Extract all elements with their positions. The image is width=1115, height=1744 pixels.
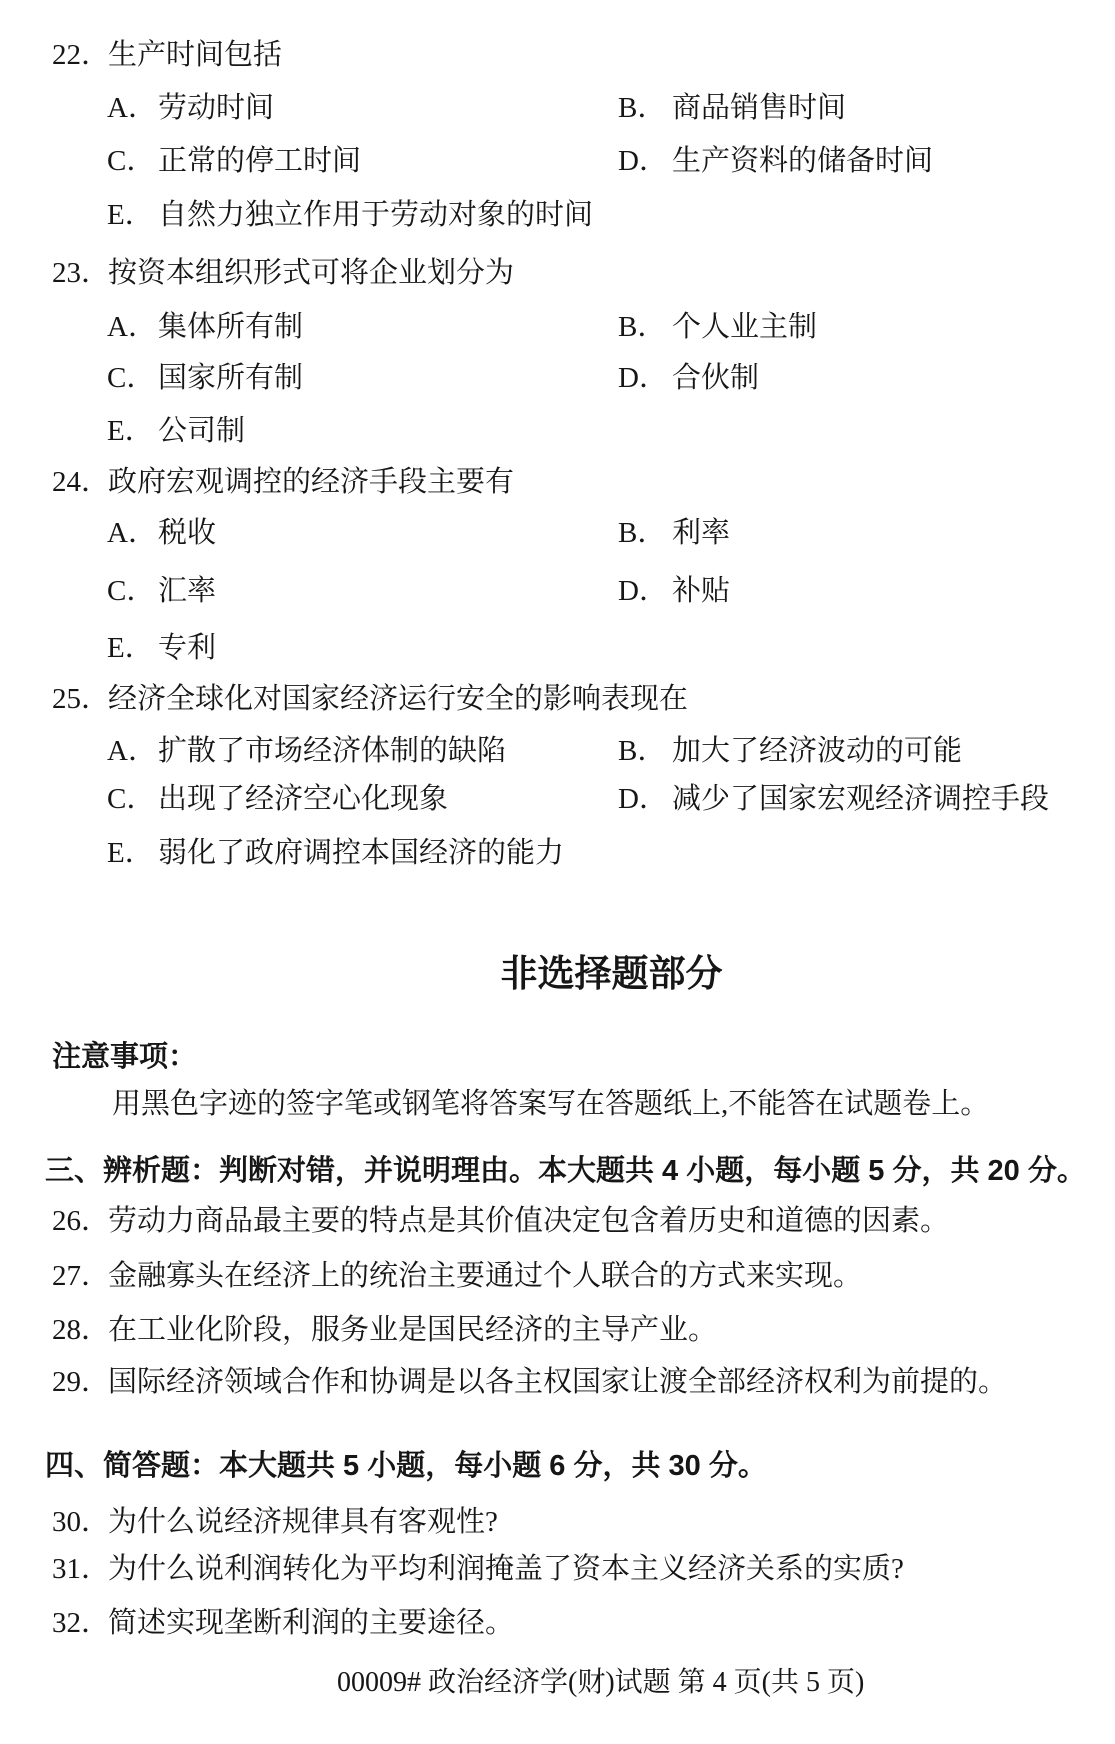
option-text: 正常的停工时间 (158, 143, 361, 179)
option-text: 自然力独立作用于劳动对象的时间 (158, 197, 593, 233)
option-row: C． 出现了经济空心化现象 D． 减少了国家宏观经济调控手段 (0, 781, 1115, 819)
statement-number: 30． (52, 1504, 110, 1540)
section-heading: 三、辨析题：判断对错，并说明理由。本大题共 4 小题，每小题 5 分，共 20 … (45, 1153, 1086, 1189)
option-text: 国家所有制 (158, 360, 303, 396)
question-line: 24． 政府宏观调控的经济手段主要有 (0, 464, 1115, 502)
option-letter: D． (618, 143, 668, 179)
option-letter: E． (107, 835, 154, 871)
page-footer: 00009# 政治经济学(财)试题 第 4 页(共 5 页) (337, 1665, 864, 1701)
statement-text: 金融寡头在经济上的统治主要通过个人联合的方式来实现。 (108, 1258, 862, 1294)
option-letter: E． (107, 630, 154, 666)
question-stem: 政府宏观调控的经济手段主要有 (108, 464, 514, 500)
option-text: 扩散了市场经济体制的缺陷 (158, 733, 506, 769)
option-text: 公司制 (158, 413, 245, 449)
option-row: C． 国家所有制 D． 合伙制 (0, 360, 1115, 398)
option-letter: D． (618, 573, 668, 609)
option-row: E． 公司制 (0, 413, 1115, 451)
question-number: 25． (52, 681, 110, 717)
option-text: 加大了经济波动的可能 (672, 733, 962, 769)
statement-number: 26． (52, 1203, 110, 1239)
option-text: 劳动时间 (158, 90, 274, 126)
option-letter: E． (107, 413, 154, 449)
question-stem: 经济全球化对国家经济运行安全的影响表现在 (108, 681, 688, 717)
statement-number: 27． (52, 1258, 110, 1294)
option-row: A． 税收 B． 利率 (0, 515, 1115, 553)
option-row: E． 专利 (0, 630, 1115, 668)
statement-line: 26． 劳动力商品最主要的特点是其价值决定包含着历史和道德的因素。 (0, 1203, 1115, 1241)
option-row: C． 正常的停工时间 D． 生产资料的储备时间 (0, 143, 1115, 181)
option-letter: D． (618, 781, 668, 817)
option-letter: B． (618, 90, 666, 126)
question-number: 24． (52, 464, 110, 500)
option-text: 出现了经济空心化现象 (158, 781, 448, 817)
statement-text: 简述实现垄断利润的主要途径。 (108, 1605, 514, 1641)
statement-number: 29． (52, 1364, 110, 1400)
option-letter: D． (618, 360, 668, 396)
option-letter: C． (107, 360, 155, 396)
option-row: A． 扩散了市场经济体制的缺陷 B． 加大了经济波动的可能 (0, 733, 1115, 771)
statement-number: 32． (52, 1605, 110, 1641)
option-letter: C． (107, 573, 155, 609)
option-letter: B． (618, 733, 666, 769)
option-text: 商品销售时间 (672, 90, 846, 126)
option-letter: B． (618, 309, 666, 345)
option-letter: B． (618, 515, 666, 551)
section-heading: 四、简答题：本大题共 5 小题，每小题 6 分，共 30 分。 (45, 1448, 767, 1484)
option-letter: E． (107, 197, 154, 233)
option-text: 弱化了政府调控本国经济的能力 (158, 835, 564, 871)
option-letter: A． (107, 309, 157, 345)
statement-line: 28． 在工业化阶段，服务业是国民经济的主导产业。 (0, 1312, 1115, 1350)
option-row: A． 集体所有制 B． 个人业主制 (0, 309, 1115, 347)
question-line: 23． 按资本组织形式可将企业划分为 (0, 255, 1115, 293)
question-number: 22． (52, 37, 110, 73)
option-text: 集体所有制 (158, 309, 303, 345)
statement-line: 31． 为什么说利润转化为平均利润掩盖了资本主义经济关系的实质? (0, 1551, 1115, 1589)
option-text: 合伙制 (672, 360, 759, 396)
option-row: E． 弱化了政府调控本国经济的能力 (0, 835, 1115, 873)
statement-line: 32． 简述实现垄断利润的主要途径。 (0, 1605, 1115, 1643)
statement-text: 为什么说利润转化为平均利润掩盖了资本主义经济关系的实质? (108, 1551, 904, 1587)
statement-line: 29． 国际经济领域合作和协调是以各主权国家让渡全部经济权利为前提的。 (0, 1364, 1115, 1402)
option-text: 税收 (158, 515, 216, 551)
question-stem: 按资本组织形式可将企业划分为 (108, 255, 514, 291)
option-row: C． 汇率 D． 补贴 (0, 573, 1115, 611)
statement-number: 31． (52, 1551, 110, 1587)
option-text: 生产资料的储备时间 (672, 143, 933, 179)
option-text: 专利 (158, 630, 216, 666)
option-letter: A． (107, 90, 157, 126)
option-text: 减少了国家宏观经济调控手段 (672, 781, 1049, 817)
statement-number: 28． (52, 1312, 110, 1348)
option-text: 个人业主制 (672, 309, 817, 345)
statement-text: 在工业化阶段，服务业是国民经济的主导产业。 (108, 1312, 717, 1348)
option-letter: A． (107, 733, 157, 769)
notice-label: 注意事项： (52, 1039, 197, 1075)
question-number: 23． (52, 255, 110, 291)
option-letter: C． (107, 143, 155, 179)
statement-text: 为什么说经济规律具有客观性? (108, 1504, 498, 1540)
notice-text: 用黑色字迹的签字笔或钢笔将答案写在答题纸上,不能答在试题卷上。 (112, 1086, 989, 1122)
option-letter: A． (107, 515, 157, 551)
section-divider-title: 非选择题部分 (108, 952, 1115, 996)
statement-line: 30． 为什么说经济规律具有客观性? (0, 1504, 1115, 1542)
option-row: E． 自然力独立作用于劳动对象的时间 (0, 197, 1115, 235)
question-line: 22． 生产时间包括 (0, 37, 1115, 75)
statement-text: 国际经济领域合作和协调是以各主权国家让渡全部经济权利为前提的。 (108, 1364, 1007, 1400)
option-text: 补贴 (672, 573, 730, 609)
statement-line: 27． 金融寡头在经济上的统治主要通过个人联合的方式来实现。 (0, 1258, 1115, 1296)
question-stem: 生产时间包括 (108, 37, 282, 73)
option-row: A． 劳动时间 B． 商品销售时间 (0, 90, 1115, 128)
question-line: 25． 经济全球化对国家经济运行安全的影响表现在 (0, 681, 1115, 719)
exam-page: 22． 生产时间包括 A． 劳动时间 B． 商品销售时间 C． 正常的停工时间 … (0, 0, 1115, 1744)
option-text: 汇率 (158, 573, 216, 609)
statement-text: 劳动力商品最主要的特点是其价值决定包含着历史和道德的因素。 (108, 1203, 949, 1239)
option-letter: C． (107, 781, 155, 817)
option-text: 利率 (672, 515, 730, 551)
